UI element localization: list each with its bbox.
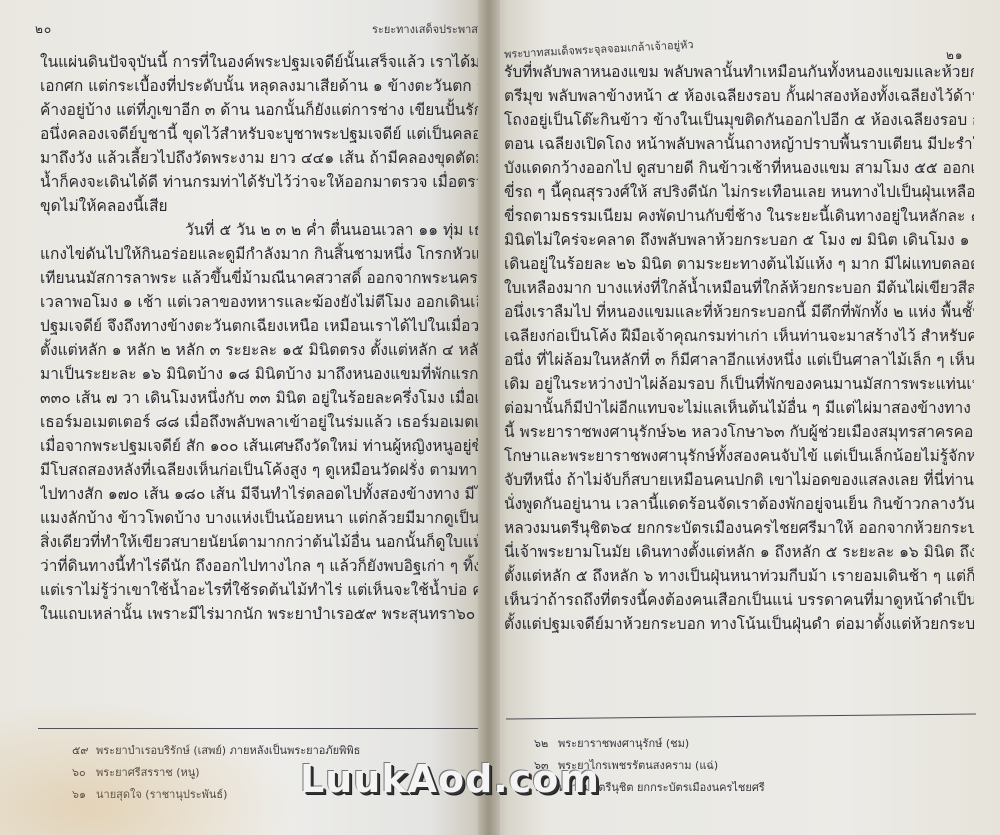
left-page: ๒๐ ระยะทางเสด็จประพาส ในแผ่นดินปัจจุบันน… [0,0,488,835]
text-line: เมื่อจากพระปฐมเจดีย์ สัก ๑๐๐ เส้นเศษถึงว… [40,434,478,458]
running-head: ระยะทางเสด็จประพาส [372,20,478,38]
text-line: วันที่ ๕ วัน ๒ ๓ ๒ ค่ำ ตื่นนอนเวลา ๑๑ ทุ… [40,218,478,242]
text-line: ใบเหลืองมาก บางแห่งที่ใกล้น้ำเหมือนที่ใก… [504,276,974,300]
text-line: ในแผ่นดินปัจจุบันนี้ การที่ในองค์พระปฐมเ… [40,50,478,74]
text-line: ในแถบเหล่านั้น เพราะมีไร่มากนัก พระยาบำเ… [40,602,478,626]
text-line: โกษาและพระยาราชพงศานุรักษ์ทั้งสองคนจับไข… [504,444,974,468]
text-line: ตั้งแต่หลัก ๑ หลัก ๒ หลัก ๓ ระยะละ ๑๕ มิ… [40,338,478,362]
text-line: ขุดไม่ให้คลองนี้เสีย [40,194,478,218]
footnote-divider [506,714,976,720]
text-line: บังแดดกว้างออกไป ดูสบายดี กินข้าวเช้าที่… [504,156,974,180]
text-line: เห็นว่าถ้ารถถึงที่ตรงนี้คงต้องคนเสือกเป็… [504,588,974,612]
body-text: ในแผ่นดินปัจจุบันนี้ การที่ในองค์พระปฐมเ… [40,50,478,626]
text-line: แมงลักบ้าง ข้าวโพดบ้าง บางแห่งเป็นน้อยหน… [40,506,478,530]
text-line: อนึ่งเราลืมไป ที่หนองแขมและที่ห้วยกระบอก… [504,300,974,324]
text-line: มีโบสถสองหลังที่เฉลียงเห็นก่อเป็นโค้งสูง… [40,458,478,482]
text-line: นี้ พระยาราชพงศานุรักษ์๖๒ หลวงโกษา๖๓ กับ… [504,420,974,444]
text-line: เดินอยู่ในร้อยละ ๒๖ มินิต ตามระยะทางต้นไ… [504,252,974,276]
open-book-spread: ๒๐ ระยะทางเสด็จประพาส ในแผ่นดินปัจจุบันน… [0,0,1000,835]
text-line: ตรีมุข พลับพลาข้างหน้า ๕ ห้องเฉลียงรอบ ก… [504,84,974,108]
text-line: ต่อมานั้นก็มีป่าไผ่อีกแทบจะไม่แลเห็นต้นไ… [504,396,974,420]
text-line: ปฐมเจดีย์ จึงถึงทางข้างตะวันตกเฉียงเหนือ… [40,314,478,338]
text-line: ขี่รถ ๆ นี้คุณสุรวงศ์ให้ สปริงดีนัก ไม่ก… [504,180,974,204]
page-number: ๒๐ [35,20,52,39]
text-line: รับที่พลับพลาหนองแขม พลับพลานั้นทำเหมือน… [504,60,974,84]
body-text: รับที่พลับพลาหนองแขม พลับพลานั้นทำเหมือน… [504,60,974,636]
text-line: เฉลียงก่อเป็นโค้ง ฝีมือเจ้าคุณกรมท่าเก่า… [504,324,974,348]
text-line: มาถึงวัง แล้วเลี้ยวไปถึงวัดพระงาม ยาว ๔๔… [40,146,478,170]
text-line: เดิม อยู่ในระหว่างป่าไผ่ล้อมรอบ ก็เป็นที… [504,372,974,396]
text-line: ว่าที่ดินทางนี้ทำไร่ดีนัก ถึงออกไปทางไกล… [40,554,478,578]
text-line: นี่เจ้าพระยามโนมัย เดินทางตั้งแต่หลัก ๑ … [504,540,974,564]
text-line: อนึ่ง ที่ไผ่ล้อมในหลักที่ ๓ ก็มีศาลาอีกแ… [504,348,974,372]
footnote: ๖๒พระยาราชพงศานุรักษ์ (ชม) [534,733,765,755]
text-line: อนึ่งคลองเจดีย์บูชานี้ ขุดไว้สำหรับจะบูช… [40,122,478,146]
paper-stain [0,700,300,835]
text-line: โถงอยู่เป็นโต๊ะกินข้าว ข้างในเป็นมุขติดก… [504,108,974,132]
text-line: แต่เราไม่รู้ว่าเขาใช้น้ำอะไรที่ใช้รดต้นไ… [40,578,478,602]
text-line: ขี่รถตามธรรมเนียม คงพัดปานกับขี่ช้าง ในร… [504,204,974,228]
text-line: มินิตไม่ใคร่จะคลาด ถึงพลับพลาห้วยกระบอก … [504,228,974,252]
text-line: จับทีหนึ่ง ถ้าไม่จับก็สบายเหมือนคนปกติ เ… [504,468,974,492]
text-line: ค้างอยู่บ้าง แต่ที่ภูเขาอีก ๓ ด้าน นอกนั… [40,98,478,122]
text-line: เทียนนมัสการลาพระ แล้วขึ้นขี่ม้ามณีนาคสว… [40,266,478,290]
text-line: น้ำก็คงจะเดินได้ดี ท่านกรมท่าได้รับไว้ว่… [40,170,478,194]
text-line: เอกศก แต่กระเบื้องที่ประดับนั้น หลุดลงมา… [40,74,478,98]
text-line: ตอน เฉลียงเปิดโถง หน้าพลับพลานั้นถางหญ้า… [504,132,974,156]
text-line: มาเป็นระยะละ ๑๖ มินิตบ้าง ๑๘ มินิตบ้าง ม… [40,362,478,386]
text-line: ตั้งแต่ปฐมเจดีย์มาห้วยกระบอก ทางโน้นเป็น… [504,612,974,636]
text-line: เวลาพอโมง ๑ เช้า แต่เวลาของทหารและฆ้องยั… [40,290,478,314]
text-line: หลวงมนตรีนุชิต๖๔ ยกกระบัตรเมืองนครไชยศรี… [504,516,974,540]
text-line: ตั้งแต่หลัก ๕ ถึงหลัก ๖ ทางเป็นฝุ่นหนาท่… [504,564,974,588]
text-line: แกงไข่ดันไปให้กินอร่อยและดูมีกำลังมาก กิ… [40,242,478,266]
right-page: พระบาทสมเด็จพระจุลจอมเกล้าเจ้าอยู่หัว ๒๑… [488,0,1000,835]
text-line: ๓๓๐ เส้น ๗ วา เดินโมงหนึ่งกับ ๓๓ มินิต อ… [40,386,478,410]
watermark: LuukAod.com [300,757,600,801]
text-line: ไปทางสัก ๑๗๐ เส้น ๑๘๐ เส้น มีจีนทำไร่ตลอ… [40,482,478,506]
running-head: พระบาทสมเด็จพระจุลจอมเกล้าเจ้าอยู่หัว [504,35,694,63]
text-line: สิ่งเดียวที่ทำให้เขียวสบายนัยน์ตามากกว่า… [40,530,478,554]
book-gutter [478,0,500,835]
text-line: นั่งพูดกันอยู่นาน เวลานี้แดดร้อนจัดเราต้… [504,492,974,516]
text-line: เธอร์มอเมตเตอร์ ๘๘ เมื่อถึงพลับพลาเข้าอย… [40,410,478,434]
